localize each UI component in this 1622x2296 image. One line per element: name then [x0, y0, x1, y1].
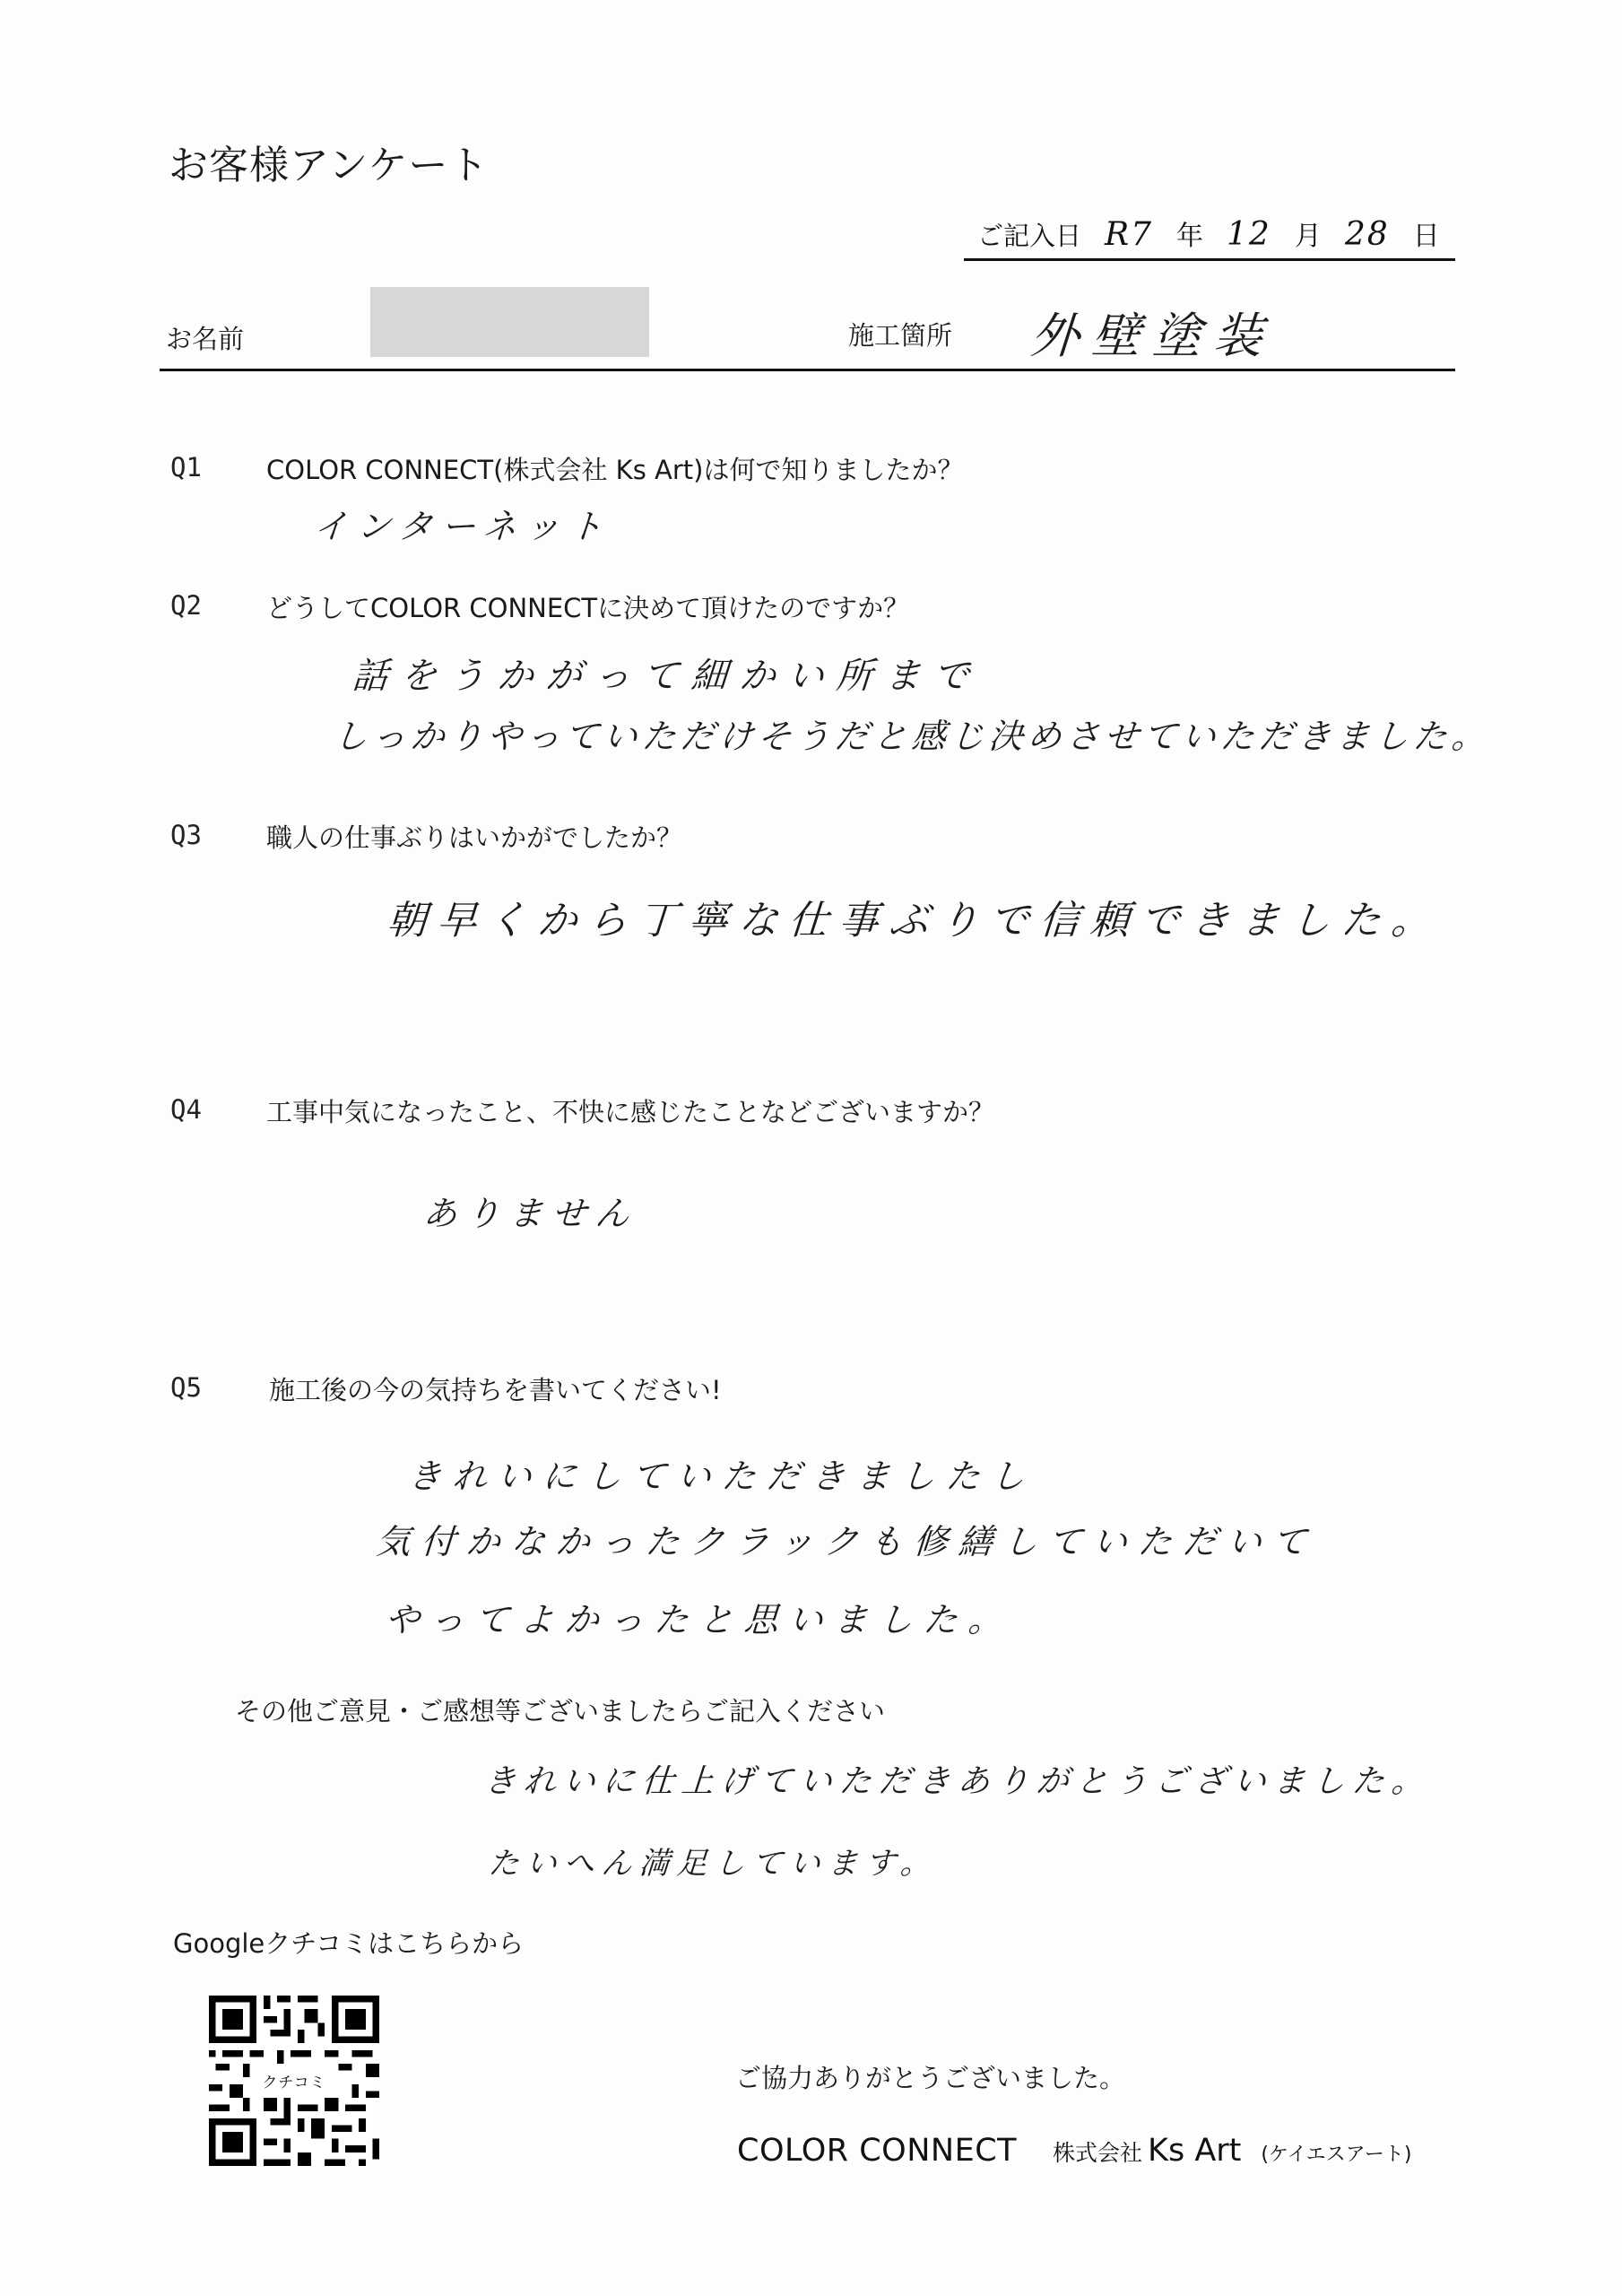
other-comments-label: その他ご意見・ご感想等ございましたらご記入ください: [235, 1692, 885, 1728]
location-label: 施工箇所: [848, 316, 952, 352]
page-title: お客様アンケート: [169, 133, 489, 190]
date-month: 12: [1227, 216, 1271, 253]
other-comments-line-1: きれいに仕上げていただきありがとうございました。: [482, 1756, 1433, 1802]
q5-answer-line-2: 気付かなかったクラックも修繕していただいて: [375, 1514, 1319, 1563]
q3-answer-line-1: 朝早くから丁寧な仕事ぶりで信頼できました。: [386, 888, 1444, 945]
name-row-underline: [160, 369, 1455, 371]
date-field: ご記入日 R7 年 12 月 28 日: [977, 213, 1440, 253]
date-day-unit: 日: [1413, 213, 1440, 253]
q1-label: Q1: [170, 452, 202, 483]
q5-answer-line-1: きれいにしていただきましたし: [406, 1448, 1037, 1498]
company-prefix: 株式会社: [1053, 2135, 1142, 2168]
date-year-unit: 年: [1176, 213, 1203, 253]
q5-text: 施工後の今の気持ちを書いてください!: [269, 1370, 722, 1407]
q4-answer-line-1: ありません: [421, 1186, 640, 1235]
q2-label: Q2: [170, 590, 202, 621]
name-label: お名前: [166, 319, 244, 356]
google-review-label: Googleクチコミはこちらから: [173, 1924, 524, 1961]
company-footer: COLOR CONNECT 株式会社 Ks Art (ケイエスアート): [737, 2133, 1412, 2169]
brand-name: COLOR CONNECT: [737, 2133, 1017, 2169]
q1-text: COLOR CONNECT(株式会社 Ks Art)は何で知りましたか？: [266, 450, 963, 487]
q2-answer-line-1: 話をうかがって細かい所まで: [351, 648, 984, 699]
other-comments-line-2: たいへん満足しています。: [487, 1839, 940, 1883]
q5-label: Q5: [170, 1372, 202, 1403]
q4-label: Q4: [170, 1094, 202, 1125]
date-label: ご記入日: [977, 216, 1081, 253]
q2-text: どうしてCOLOR CONNECTに決めて頂けたのですか？: [266, 588, 909, 625]
company-reading: (ケイエスアート): [1261, 2139, 1411, 2167]
qr-center-label: クチコミ: [259, 2069, 328, 2093]
q1-answer-line-1: インターネット: [312, 499, 613, 548]
date-underline: [964, 258, 1455, 261]
q3-label: Q3: [170, 820, 202, 850]
date-day: 28: [1345, 216, 1390, 253]
q4-text: 工事中気になったこと、不快に感じたことなどございますか？: [266, 1092, 994, 1129]
thanks-message: ご協力ありがとうございました。: [735, 2058, 1125, 2095]
date-month-unit: 月: [1295, 213, 1322, 253]
q3-text: 職人の仕事ぶりはいかがでしたか？: [266, 818, 682, 855]
q5-answer-line-3: やってよかったと思いました。: [384, 1592, 1015, 1641]
name-redacted-box: [370, 287, 649, 357]
google-review-qr-code[interactable]: クチコミ: [209, 1996, 379, 2166]
company-name: Ks Art: [1148, 2133, 1241, 2169]
date-era-year: R7: [1105, 216, 1153, 253]
location-value: 外壁塗装: [1028, 298, 1277, 367]
q2-answer-line-2: しっかりやっていただけそうだと感じ決めさせていただきました。: [332, 709, 1492, 758]
